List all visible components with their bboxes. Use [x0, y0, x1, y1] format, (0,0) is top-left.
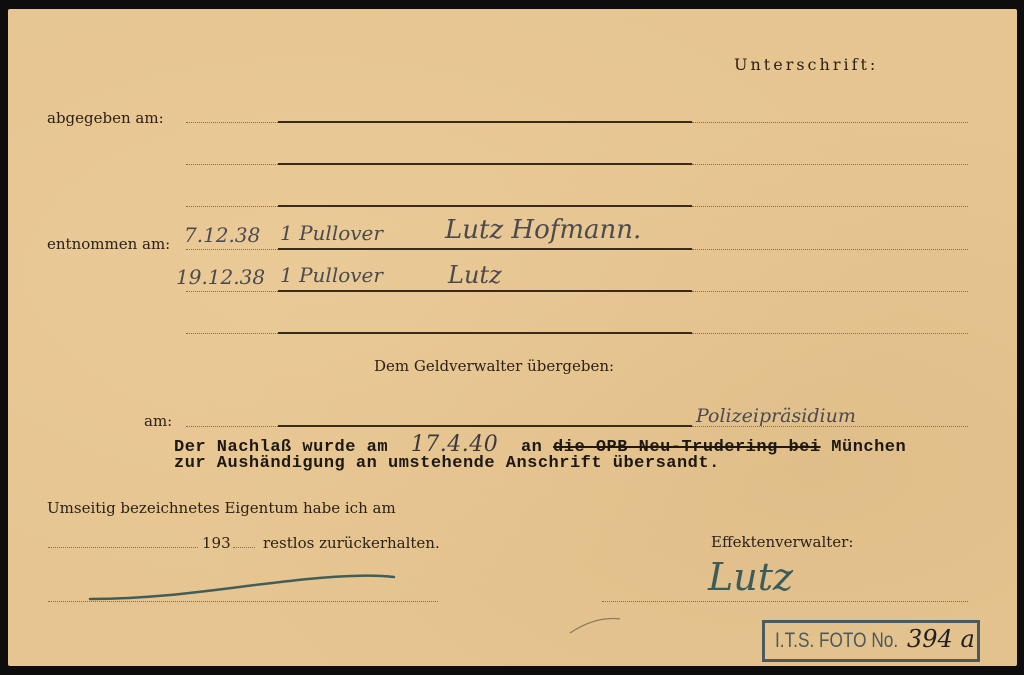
- solid-line: [278, 332, 692, 334]
- solid-line: [278, 205, 692, 207]
- signature-dotted-line: [692, 122, 968, 123]
- pen-mark: [568, 609, 628, 639]
- receipt-line-2: restlos zurückerhalten.: [263, 534, 440, 552]
- signature-dotted-line: [692, 333, 968, 334]
- handwritten-insert: Polizeipräsidium: [696, 405, 856, 427]
- typed-suffix: München: [831, 438, 906, 457]
- entry-2-date: 19.12.38: [176, 265, 265, 289]
- signature-dotted-line: [692, 206, 968, 207]
- am-label: am:: [144, 412, 172, 430]
- effektenverwalter-signature: Lutz: [708, 555, 793, 599]
- stamp-number: 394 a: [907, 625, 975, 653]
- dotted-line: [186, 206, 278, 207]
- effektenverwalter-label: Effektenverwalter:: [711, 533, 853, 551]
- entnommen-label: entnommen am:: [47, 235, 170, 253]
- signature-dotted-line: [48, 601, 438, 602]
- signature-dotted-line: [692, 249, 968, 250]
- year-dotted-line: [233, 547, 255, 548]
- entry-1-item: 1 Pullover: [280, 221, 383, 245]
- abgegeben-label: abgegeben am:: [47, 109, 164, 127]
- document-card: Unterschrift: abgegeben am: entnommen am…: [8, 9, 1017, 666]
- dotted-line: [186, 426, 278, 427]
- stamp-label: I.T.S. FOTO No.: [775, 629, 898, 653]
- entry-1-signature: Lutz Hofmann.: [445, 215, 641, 245]
- entry-2-item: 1 Pullover: [280, 263, 383, 287]
- geldverwalter-heading: Dem Geldverwalter übergeben:: [374, 357, 614, 375]
- signature-dotted-line: [692, 291, 968, 292]
- receipt-line-1: Umseitig bezeichnetes Eigentum habe ich …: [47, 499, 396, 517]
- dotted-line: [186, 122, 278, 123]
- signature-dotted-line: [602, 601, 968, 602]
- dotted-line: [186, 333, 278, 334]
- pen-stroke: [88, 565, 408, 605]
- date-dotted-line: [48, 547, 198, 548]
- its-foto-stamp: I.T.S. FOTO No. 394 a: [762, 620, 980, 662]
- signature-column-heading: Unterschrift:: [734, 55, 878, 74]
- solid-line: [278, 425, 692, 427]
- entry-1-date: 7.12.38: [184, 223, 260, 247]
- dotted-line: [186, 291, 278, 292]
- year-prefix: 193: [202, 534, 231, 552]
- signature-dotted-line: [692, 164, 968, 165]
- solid-line: [278, 290, 692, 292]
- dotted-line: [186, 164, 278, 165]
- solid-line: [278, 163, 692, 165]
- solid-line: [278, 248, 692, 250]
- typed-note-line-2: zur Aushändigung an umstehende Anschrift…: [174, 454, 720, 473]
- solid-line: [278, 121, 692, 123]
- dotted-line: [186, 249, 278, 250]
- entry-2-signature: Lutz: [448, 261, 502, 289]
